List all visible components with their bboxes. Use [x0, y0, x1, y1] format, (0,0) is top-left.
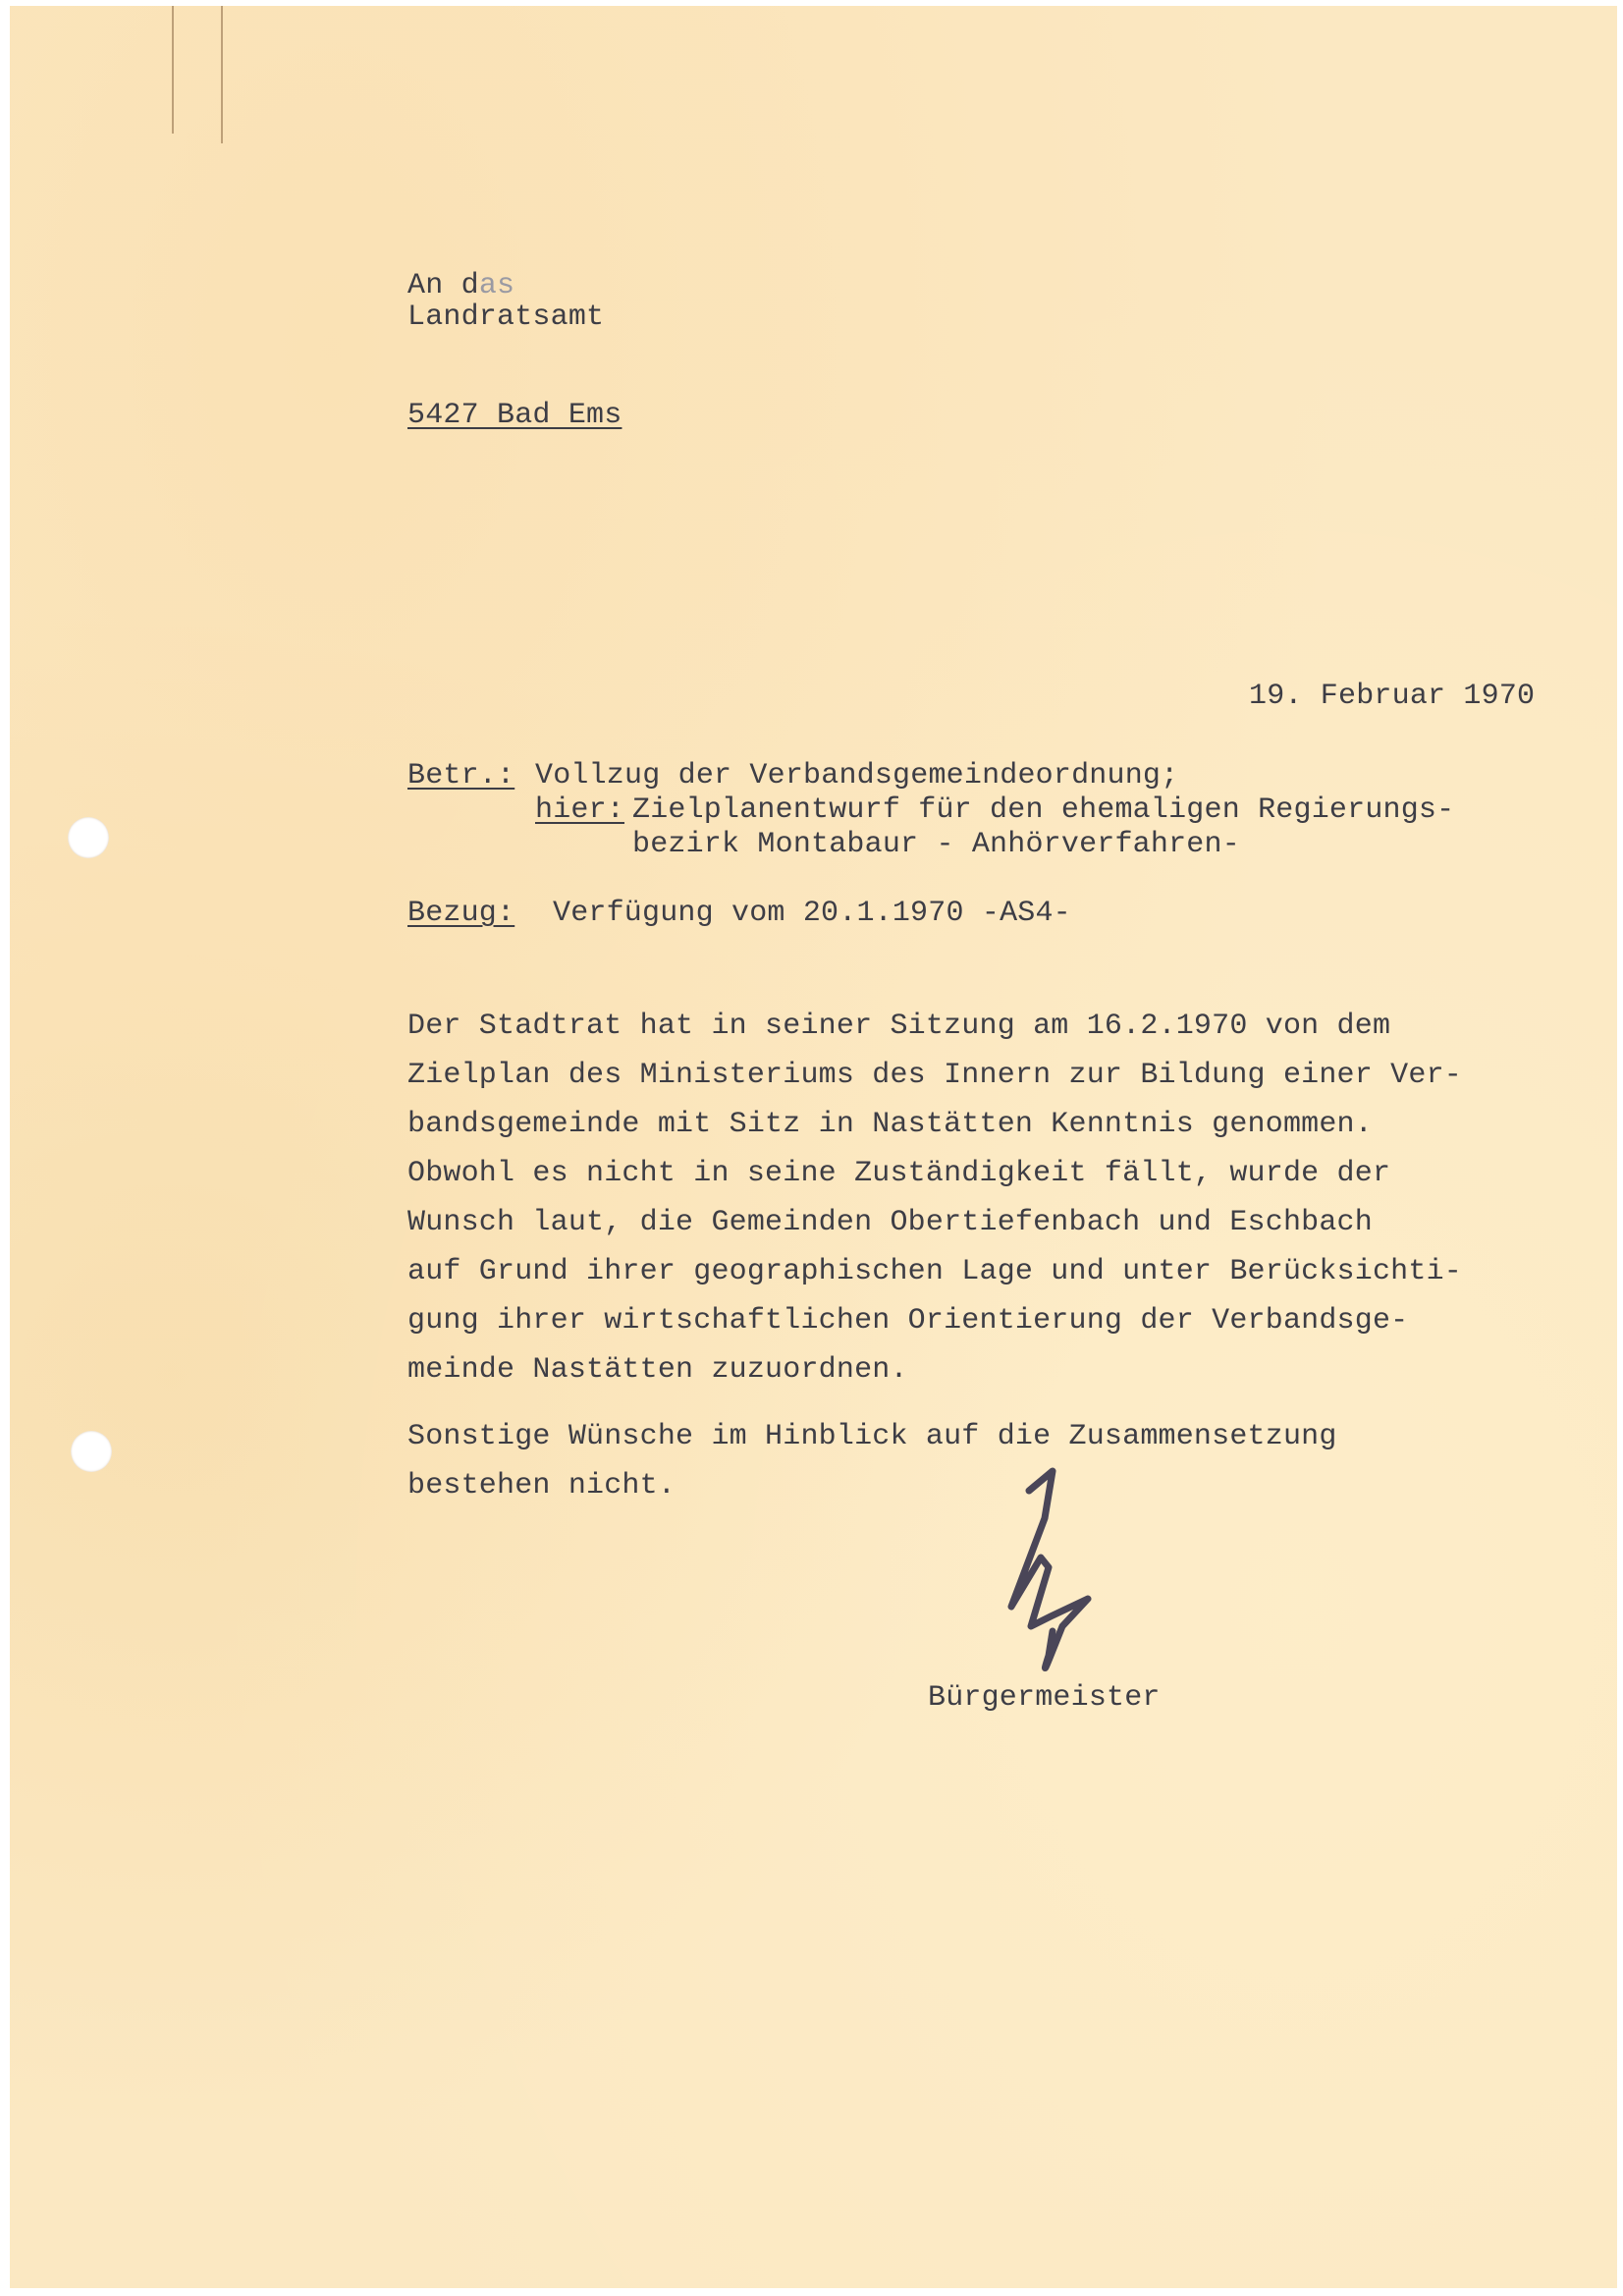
reference-label: Bezug: — [407, 897, 514, 930]
body-line: Zielplan des Ministeriums des Innern zur… — [407, 1059, 1462, 1092]
recipient-city: 5427 Bad Ems — [407, 399, 622, 432]
body-line: auf Grund ihrer geographischen Lage und … — [407, 1255, 1462, 1288]
punch-hole — [71, 1431, 112, 1472]
subject-line-3: bezirk Montabaur - Anhörverfahren- — [632, 828, 1240, 861]
body-line: bandsgemeinde mit Sitz in Nastätten Kenn… — [407, 1108, 1373, 1141]
body-line: Sonstige Wünsche im Hinblick auf die Zus… — [407, 1420, 1337, 1453]
recipient-line-2: Landratsamt — [407, 301, 604, 334]
recipient-line-1: An das — [407, 269, 514, 302]
signatory-title: Bürgermeister — [928, 1681, 1161, 1715]
body-line: Obwohl es nicht in seine Zuständigkeit f… — [407, 1157, 1390, 1190]
handwritten-signature — [992, 1459, 1129, 1685]
punch-hole — [68, 817, 109, 858]
body-line: gung ihrer wirtschaftlichen Orientierung… — [407, 1304, 1408, 1338]
subject-label: Betr.: — [407, 759, 514, 793]
letter-date: 19. Februar 1970 — [1249, 680, 1535, 713]
subject-line-2: Zielplanentwurf für den ehemaligen Regie… — [632, 793, 1454, 827]
subject-here-label: hier: — [535, 793, 624, 827]
fold-mark — [221, 6, 223, 143]
subject-line-1: Vollzug der Verbandsgemeindeordnung; — [535, 759, 1178, 793]
body-line: bestehen nicht. — [407, 1469, 676, 1503]
body-line: Der Stadtrat hat in seiner Sitzung am 16… — [407, 1010, 1390, 1043]
letter-page: An das Landratsamt 5427 Bad Ems 19. Febr… — [10, 6, 1617, 2288]
body-line: Wunsch laut, die Gemeinden Obertiefenbac… — [407, 1206, 1373, 1239]
reference-text: Verfügung vom 20.1.1970 -AS4- — [553, 897, 1071, 930]
body-line: meinde Nastätten zuzuordnen. — [407, 1353, 908, 1387]
fold-mark — [172, 6, 174, 134]
